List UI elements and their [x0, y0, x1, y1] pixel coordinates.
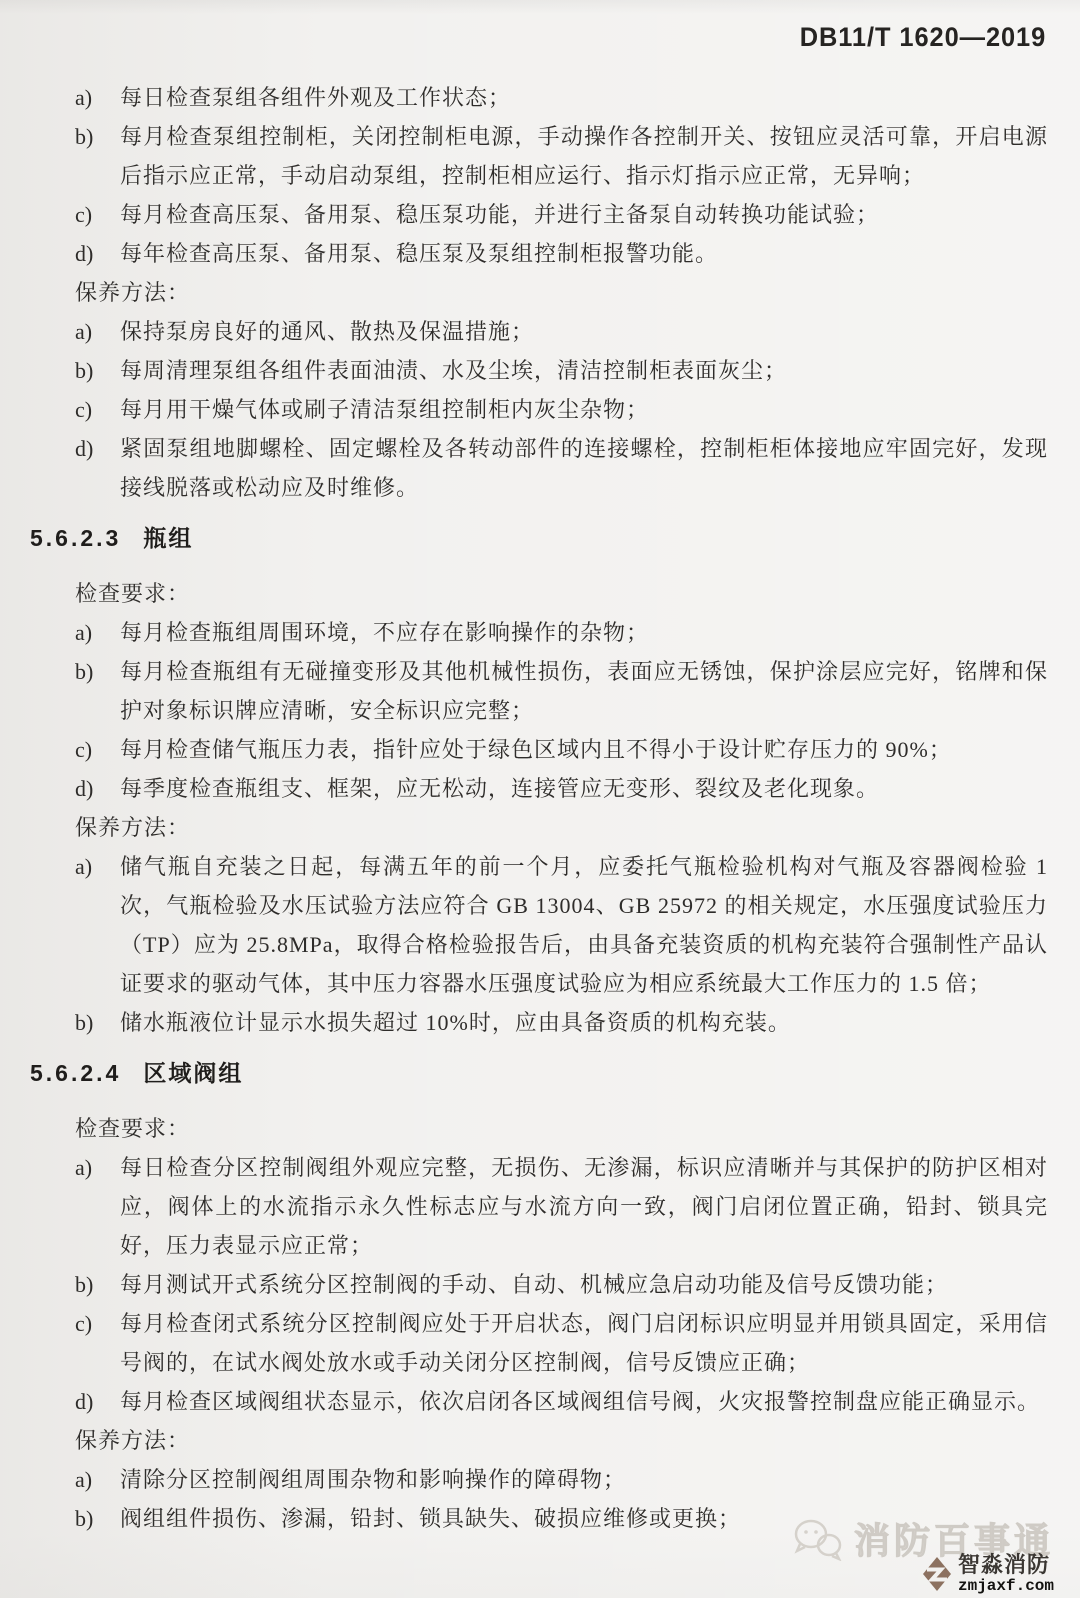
wechat-bubbles-icon [792, 1517, 844, 1561]
brand-title: 智淼消防 [958, 1554, 1054, 1576]
list-item: b)每月测试开式系统分区控制阀的手动、自动、机械应急启动功能及信号反馈功能； [75, 1265, 1048, 1304]
item-label: b) [75, 1265, 115, 1304]
item-text: 保持泵房良好的通风、散热及保温措施； [120, 319, 534, 344]
list-item: c)每月检查高压泵、备用泵、稳压泵功能，并进行主备泵自动转换功能试验； [75, 195, 1048, 234]
item-label: b) [75, 117, 115, 156]
item-label: a) [75, 613, 115, 652]
section-heading: 5.6.2.4区域阀组 [30, 1054, 1048, 1093]
list-intro: 检查要求： [75, 1109, 1048, 1148]
list-intro: 保养方法： [75, 1421, 1048, 1460]
item-label: a) [75, 1460, 115, 1499]
item-label: d) [75, 234, 115, 273]
item-text: 每日检查分区控制阀组外观应完整，无损伤、无渗漏，标识应清晰并与其保护的防护区相对… [120, 1155, 1048, 1258]
section-heading: 5.6.2.3瓶组 [30, 519, 1048, 558]
item-text: 每月检查高压泵、备用泵、稳压泵功能，并进行主备泵自动转换功能试验； [120, 202, 879, 227]
list-item: b)储水瓶液位计显示水损失超过 10%时，应由具备资质的机构充装。 [75, 1003, 1048, 1042]
item-text: 每周清理泵组各组件表面油渍、水及尘埃，清洁控制柜表面灰尘； [120, 358, 787, 383]
item-label: b) [75, 1003, 115, 1042]
list-intro: 保养方法： [75, 273, 1048, 312]
section-number: 5.6.2.4 [30, 1060, 121, 1086]
item-text: 清除分区控制阀组周围杂物和影响操作的障碍物； [120, 1467, 626, 1492]
item-text: 储水瓶液位计显示水损失超过 10%时，应由具备资质的机构充装。 [120, 1010, 791, 1035]
list-item: d)紧固泵组地脚螺栓、固定螺栓及各转动部件的连接螺栓，控制柜柜体接地应牢固完好，… [75, 429, 1048, 507]
list-item: d)每季度检查瓶组支、框架，应无松动，连接管应无变形、裂纹及老化现象。 [75, 769, 1048, 808]
item-text: 每月检查闭式系统分区控制阀应处于开启状态，阀门启闭标识应明显并用锁具固定，采用信… [120, 1311, 1048, 1375]
item-label: b) [75, 652, 115, 691]
list-item: c)每月用干燥气体或刷子清洁泵组控制柜内灰尘杂物； [75, 390, 1048, 429]
diamond-z-icon [922, 1556, 952, 1592]
item-label: a) [75, 78, 115, 117]
item-text: 每月检查区域阀组状态显示，依次启闭各区域阀组信号阀，火灾报警控制盘应能正确显示。 [120, 1389, 1040, 1414]
list-item: a)保持泵房良好的通风、散热及保温措施； [75, 312, 1048, 351]
item-label: b) [75, 351, 115, 390]
brand-domain: zmjaxf.com [958, 1578, 1054, 1594]
item-label: d) [75, 1382, 115, 1421]
list-item: b)每月检查泵组控制柜，关闭控制柜电源，手动操作各控制开关、按钮应灵活可靠，开启… [75, 117, 1048, 195]
item-label: c) [75, 195, 115, 234]
section-title: 瓶组 [143, 525, 193, 551]
list-item: c)每月检查储气瓶压力表，指针应处于绿色区域内且不得小于设计贮存压力的 90%； [75, 730, 1048, 769]
list-item: c)每月检查闭式系统分区控制阀应处于开启状态，阀门启闭标识应明显并用锁具固定，采… [75, 1304, 1048, 1382]
item-label: b) [75, 1499, 115, 1538]
item-text: 每月检查瓶组周围环境，不应存在影响操作的杂物； [120, 620, 649, 645]
item-text: 每月检查瓶组有无碰撞变形及其他机械性损伤，表面应无锈蚀，保护涂层应完好，铭牌和保… [120, 659, 1048, 723]
item-text: 紧固泵组地脚螺栓、固定螺栓及各转动部件的连接螺栓，控制柜柜体接地应牢固完好，发现… [120, 436, 1048, 500]
list-item: a)清除分区控制阀组周围杂物和影响操作的障碍物； [75, 1460, 1048, 1499]
item-text: 每季度检查瓶组支、框架，应无松动，连接管应无变形、裂纹及老化现象。 [120, 776, 879, 801]
list-intro: 检查要求： [75, 574, 1048, 613]
list-intro: 保养方法： [75, 808, 1048, 847]
item-text: 每月测试开式系统分区控制阀的手动、自动、机械应急启动功能及信号反馈功能； [120, 1272, 948, 1297]
section-title: 区域阀组 [143, 1060, 243, 1086]
list-item: d)每月检查区域阀组状态显示，依次启闭各区域阀组信号阀，火灾报警控制盘应能正确显… [75, 1382, 1048, 1421]
item-label: a) [75, 1148, 115, 1187]
item-label: c) [75, 390, 115, 429]
item-text: 每月检查泵组控制柜，关闭控制柜电源，手动操作各控制开关、按钮应灵活可靠，开启电源… [120, 124, 1048, 188]
list-item: a)储气瓶自充装之日起，每满五年的前一个月，应委托气瓶检验机构对气瓶及容器阀检验… [75, 847, 1048, 1003]
list-item: b)每月检查瓶组有无碰撞变形及其他机械性损伤，表面应无锈蚀，保护涂层应完好，铭牌… [75, 652, 1048, 730]
list-item: a)每日检查泵组各组件外观及工作状态； [75, 78, 1048, 117]
item-label: a) [75, 847, 115, 886]
item-label: c) [75, 1304, 115, 1343]
item-label: d) [75, 429, 115, 468]
document-page: DB11/T 1620—2019 a)每日检查泵组各组件外观及工作状态；b)每月… [0, 0, 1080, 1598]
section-number: 5.6.2.3 [30, 525, 121, 551]
item-label: d) [75, 769, 115, 808]
item-text: 阀组组件损伤、渗漏，铅封、锁具缺失、破损应维修或更换； [120, 1506, 741, 1531]
list-item: d)每年检查高压泵、备用泵、稳压泵及泵组控制柜报警功能。 [75, 234, 1048, 273]
list-item: a)每日检查分区控制阀组外观应完整，无损伤、无渗漏，标识应清晰并与其保护的防护区… [75, 1148, 1048, 1265]
item-label: a) [75, 312, 115, 351]
item-text: 每月检查储气瓶压力表，指针应处于绿色区域内且不得小于设计贮存压力的 90%； [120, 737, 952, 762]
document-body: a)每日检查泵组各组件外观及工作状态；b)每月检查泵组控制柜，关闭控制柜电源，手… [75, 78, 1048, 1538]
item-text: 每月用干燥气体或刷子清洁泵组控制柜内灰尘杂物； [120, 397, 649, 422]
doc-number: DB11/T 1620—2019 [800, 22, 1046, 53]
list-item: a)每月检查瓶组周围环境，不应存在影响操作的杂物； [75, 613, 1048, 652]
item-text: 每日检查泵组各组件外观及工作状态； [120, 85, 511, 110]
brand-logo: 智淼消防 zmjaxf.com [922, 1554, 1054, 1594]
item-text: 每年检查高压泵、备用泵、稳压泵及泵组控制柜报警功能。 [120, 241, 718, 266]
list-item: b)每周清理泵组各组件表面油渍、水及尘埃，清洁控制柜表面灰尘； [75, 351, 1048, 390]
item-label: c) [75, 730, 115, 769]
item-text: 储气瓶自充装之日起，每满五年的前一个月，应委托气瓶检验机构对气瓶及容器阀检验 1… [120, 854, 1048, 996]
